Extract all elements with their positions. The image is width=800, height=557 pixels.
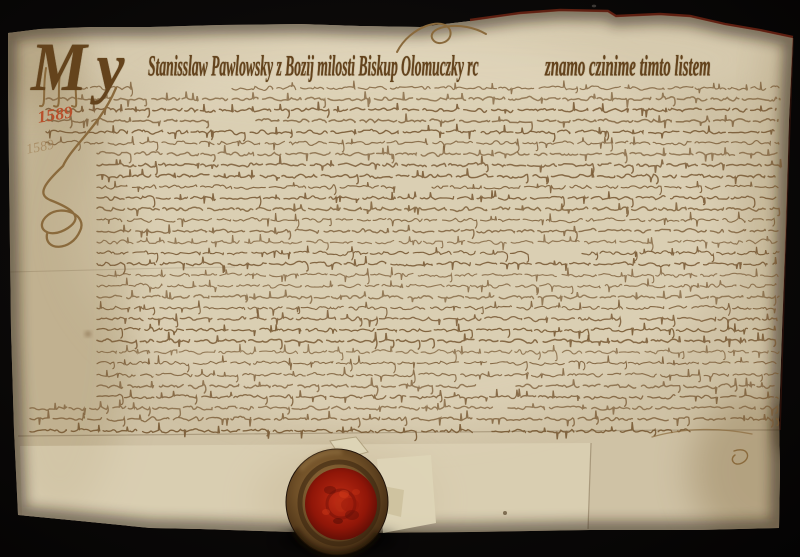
- header-title-line: Stanisslaw Pawlowsky z Bozij milosti Bis…: [148, 50, 479, 85]
- ink-stain: [85, 332, 91, 337]
- monogram-initial: My: [31, 28, 134, 107]
- dark-speck: [503, 511, 507, 515]
- manuscript-photo: My Stanisslaw Pawlowsky z Bozij milosti …: [0, 0, 800, 557]
- backdrop-speck: [592, 5, 596, 8]
- header-title-right: znamo czinime timto listem: [545, 50, 711, 85]
